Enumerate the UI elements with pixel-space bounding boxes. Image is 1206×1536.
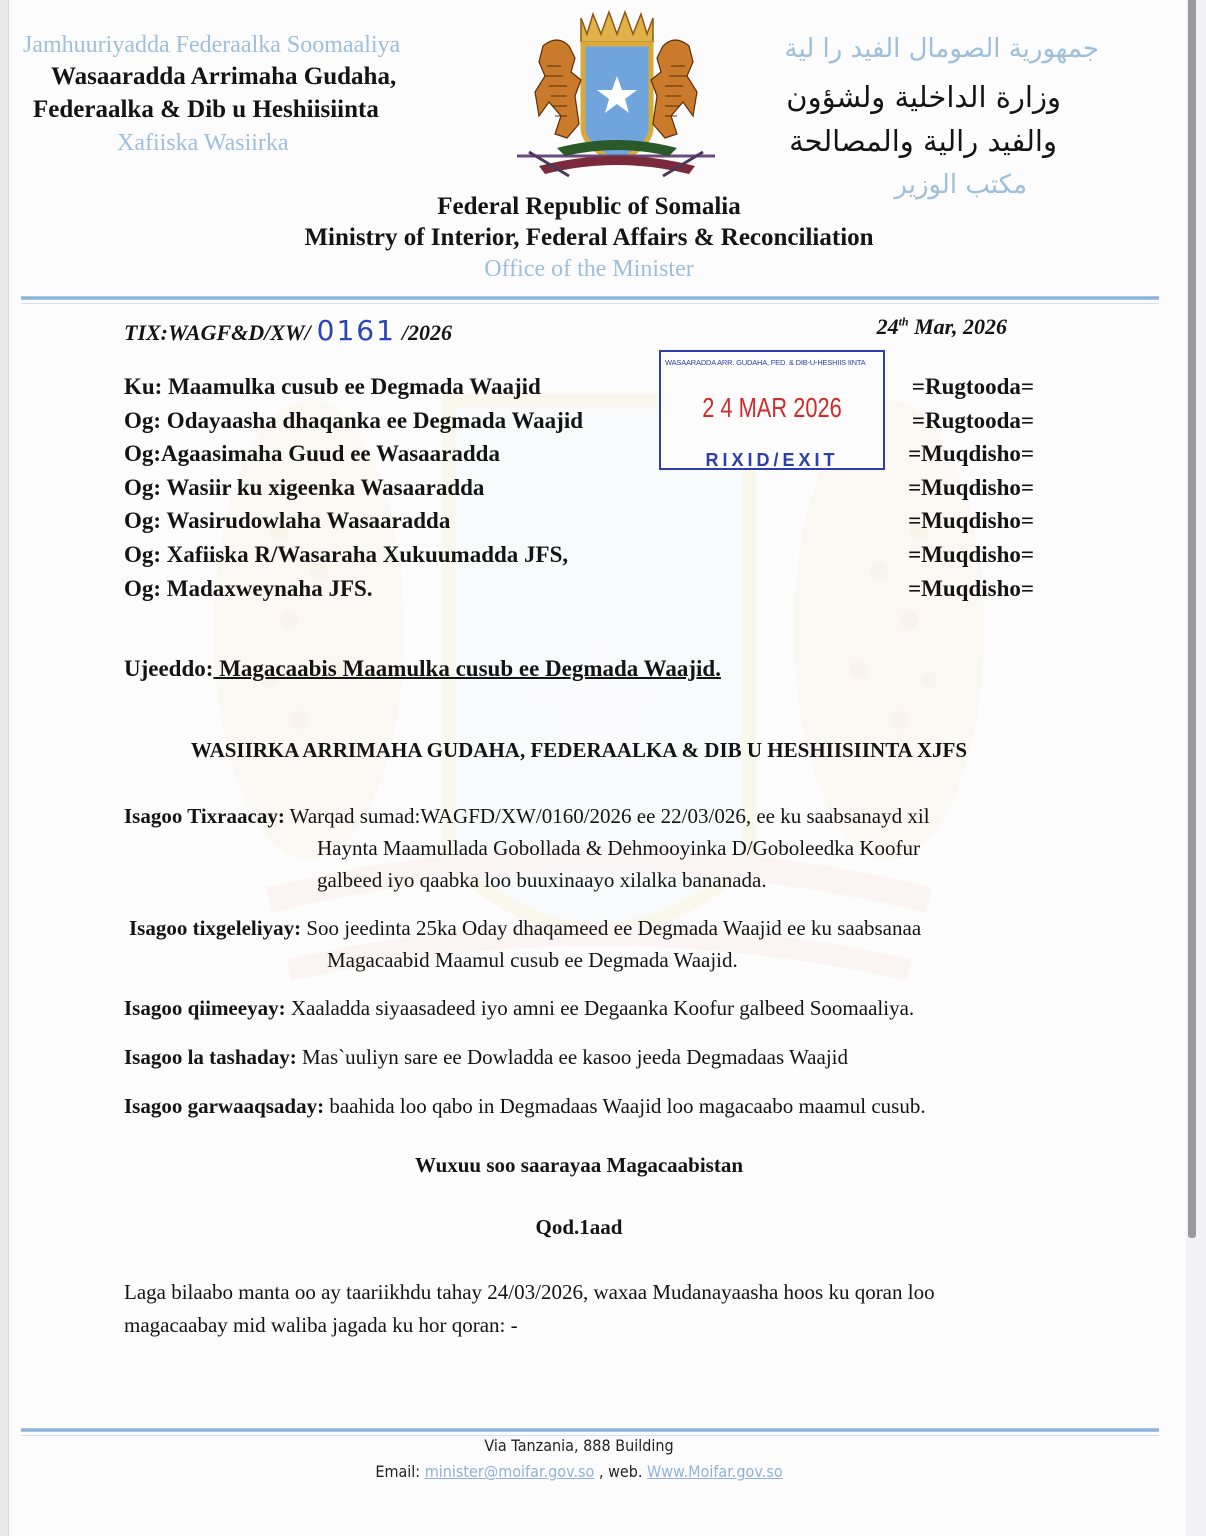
clause-text: Soo jeedinta 25ka Oday dhaqameed ee Degm… <box>301 916 921 940</box>
recipient-location: =Muqdisho= <box>908 437 1034 471</box>
clause-label: Isagoo tixgeleliyay: <box>129 916 301 940</box>
reference-prefix: TIX:WAGF&D/XW/ <box>124 320 311 345</box>
minister-title: WASIIRKA ARRIMAHA GUDAHA, FEDERAALKA & D… <box>9 738 1149 763</box>
recipient-row: Og: Xafiiska R/Wasaraha Xukuumadda JFS,=… <box>124 538 1034 572</box>
letter-date: 24th Mar, 2026 <box>877 314 1007 340</box>
header-somali-republic: Jamhuuriyadda Federaalka Soomaaliya <box>23 32 400 59</box>
recipient-label: Og:Agaasimaha Guud ee Wasaaradda <box>124 437 500 471</box>
clause-text: Haynta Maamullada Gobollada & Dehmooyink… <box>124 832 930 864</box>
subject-label: Ujeeddo: <box>124 656 213 681</box>
exit-stamp: WASAARADDA ARR. GUDAHA, FED. & DIB-U-HES… <box>659 350 885 470</box>
header-somali-ministry-line2: Federaalka & Dib u Heshiisiinta <box>33 96 379 124</box>
reference-handwritten-number: 0161 <box>317 314 396 347</box>
web-label: , web. <box>594 1462 647 1481</box>
clause-label: Isagoo qiimeeyay: <box>124 996 286 1020</box>
clause-tixraacay: Isagoo Tixraacay: Warqad sumad:WAGFD/XW/… <box>124 800 930 896</box>
web-link[interactable]: Www.Moifar.gov.so <box>647 1462 783 1481</box>
date-rest: Mar, 2026 <box>909 314 1007 339</box>
clause-text: Warqad sumad:WAGFD/XW/0160/2026 ee 22/03… <box>285 804 930 828</box>
body-line: magacaabay mid waliba jagada ku hor qora… <box>124 1309 935 1342</box>
somalia-coat-of-arms-icon <box>509 6 723 184</box>
date-day: 24 <box>877 314 899 339</box>
clause-label: Isagoo garwaaqsaday: <box>124 1094 324 1118</box>
recipient-location: =Rugtooda= <box>912 404 1034 438</box>
header-arabic-ministry-line2: والفيد رالية والمصالحة <box>789 124 1057 158</box>
stamp-header: WASAARADDA ARR. GUDAHA, FED. & DIB-U-HES… <box>665 358 865 367</box>
reference-number: TIX:WAGF&D/XW/0161/2026 <box>124 314 452 347</box>
header-somali-office: Xafiiska Wasiirka <box>117 130 289 157</box>
clause-garwaaqsaday: Isagoo garwaaqsaday: baahida loo qabo in… <box>124 1090 926 1122</box>
recipient-row: Og: Wasirudowlaha Wasaaradda=Muqdisho= <box>124 504 1034 538</box>
email-label: Email: <box>375 1462 424 1481</box>
clause-text: galbeed iyo qaabka loo buuxinaayo xilalk… <box>124 864 930 896</box>
stamp-label: RIXID/EXIT <box>661 450 883 471</box>
recipient-label: Ku: Maamulka cusub ee Degmada Waajid <box>124 370 541 404</box>
subject-line: Ujeeddo: Magacaabis Maamulka cusub ee De… <box>124 656 721 682</box>
footer-divider <box>21 1428 1159 1432</box>
recipient-label: Og: Wasirudowlaha Wasaaradda <box>124 504 450 538</box>
recipient-row: Ku: Maamulka cusub ee Degmada Waajid=Rug… <box>124 370 1034 404</box>
clause-text: baahida loo qabo in Degmadaas Waajid loo… <box>324 1094 925 1118</box>
clause-tixgeleliyay: Isagoo tixgeleliyay: Soo jeedinta 25ka O… <box>129 912 921 976</box>
document-page: Jamhuuriyadda Federaalka Soomaaliya Wasa… <box>8 0 1187 1536</box>
header-english-ministry: Ministry of Interior, Federal Affairs & … <box>9 224 1169 252</box>
recipient-row: Og: Madaxweynaha JFS.=Muqdisho= <box>124 572 1034 606</box>
date-day-suffix: th <box>899 315 909 329</box>
stamp-date: 2 4 MAR 2026 <box>685 392 858 424</box>
recipient-label: Og: Wasiir ku xigeenka Wasaaradda <box>124 471 484 505</box>
clause-label: Isagoo Tixraacay: <box>124 804 285 828</box>
header-english-republic: Federal Republic of Somalia <box>9 193 1169 221</box>
recipient-row: Og: Wasiir ku xigeenka Wasaaradda=Muqdis… <box>124 471 1034 505</box>
recipient-row: Og:Agaasimaha Guud ee Wasaaradda=Muqdish… <box>124 437 1034 471</box>
header-english-office: Office of the Minister <box>9 256 1169 283</box>
header-arabic-ministry-line1: وزارة الداخلية ولشؤون <box>786 80 1061 114</box>
recipient-location: =Muqdisho= <box>908 538 1034 572</box>
header-divider <box>21 296 1159 300</box>
recipient-label: Og: Xafiiska R/Wasaraha Xukuumadda JFS, <box>124 538 568 572</box>
body-line: Laga bilaabo manta oo ay taariikhdu taha… <box>124 1276 935 1309</box>
scrollbar-thumb[interactable] <box>1188 0 1196 1238</box>
clause-qiimeeyay: Isagoo qiimeeyay: Xaaladda siyaasadeed i… <box>124 992 914 1024</box>
clause-text: Xaaladda siyaasadeed iyo amni ee Degaank… <box>286 996 915 1020</box>
decree-heading: Wuxuu soo saarayaa Magacaabistan <box>9 1153 1149 1178</box>
header-somali-ministry-line1: Wasaaradda Arrimaha Gudaha, <box>51 63 396 91</box>
header-arabic-republic: جمهورية الصومال الفيد را لية <box>785 34 1099 64</box>
recipient-location: =Muqdisho= <box>908 572 1034 606</box>
recipient-label: Og: Madaxweynaha JFS. <box>124 572 373 606</box>
reference-suffix: /2026 <box>402 320 452 345</box>
clause-la-tashaday: Isagoo la tashaday: Mas`uuliyn sare ee D… <box>124 1041 848 1073</box>
recipient-label: Og: Odayaasha dhaqanka ee Degmada Waajid <box>124 404 583 438</box>
email-link[interactable]: minister@moifar.gov.so <box>425 1462 595 1481</box>
footer-address: Via Tanzania, 888 Building <box>66 1436 1092 1455</box>
clause-text: Magacaabid Maamul cusub ee Degmada Waaji… <box>129 944 921 976</box>
clause-text: Mas`uuliyn sare ee Dowladda ee kasoo jee… <box>297 1045 848 1069</box>
article-heading: Qod.1aad <box>9 1215 1149 1240</box>
body-paragraph: Laga bilaabo manta oo ay taariikhdu taha… <box>124 1276 935 1342</box>
subject-text: Magacaabis Maamulka cusub ee Degmada Waa… <box>213 656 721 681</box>
recipient-row: Og: Odayaasha dhaqanka ee Degmada Waajid… <box>124 404 1034 438</box>
recipient-location: =Muqdisho= <box>908 471 1034 505</box>
recipients-list: Ku: Maamulka cusub ee Degmada Waajid=Rug… <box>124 370 1034 605</box>
recipient-location: =Rugtooda= <box>912 370 1034 404</box>
recipient-location: =Muqdisho= <box>908 504 1034 538</box>
footer-contact: Email: minister@moifar.gov.so , web. Www… <box>66 1462 1092 1481</box>
clause-label: Isagoo la tashaday: <box>124 1045 297 1069</box>
